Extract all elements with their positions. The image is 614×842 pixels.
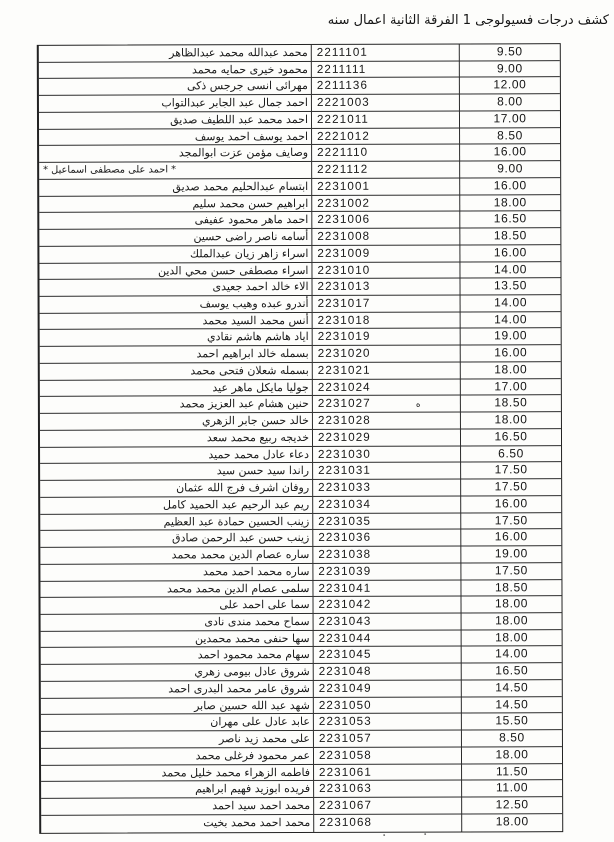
table-row: ابراهيم حسن محمد سليم 2231002 18.00 bbox=[39, 195, 560, 213]
table-row: محمد عبدالله محمد عبدالظاهر 2211101 9.50 bbox=[39, 44, 560, 62]
student-id-number: 2231029 bbox=[318, 431, 371, 444]
table-row: زينب حسن عبد الرحمن صادق 2231036 16.00 bbox=[40, 529, 561, 547]
grade-value: 19.00 bbox=[461, 329, 561, 345]
grade-value: 17.50 bbox=[461, 563, 561, 579]
grade-value: 14.00 bbox=[461, 295, 561, 311]
grade-value: 18.00 bbox=[461, 412, 561, 428]
student-id: 2221003 bbox=[312, 95, 460, 111]
student-id: 2231019 bbox=[313, 329, 461, 345]
student-name: مهرائى انسى جرجس ذكى bbox=[39, 78, 312, 95]
table-row: احمد ماهر محمود عفيفى 2231006 16.50 bbox=[39, 212, 560, 230]
student-id: 2231038 bbox=[313, 547, 461, 563]
id-annotation-mark: ە bbox=[416, 397, 421, 412]
student-id-number: 2221012 bbox=[317, 129, 370, 142]
student-id: 2231041 bbox=[313, 580, 461, 596]
student-name: احمد جمال عبد الجابر عبدالتواب bbox=[39, 95, 312, 112]
student-id: 2231010 bbox=[312, 262, 460, 278]
student-name: سماح محمد مندى نادى bbox=[41, 614, 314, 631]
student-name: عمر محمود فرغلى محمد bbox=[41, 748, 314, 765]
student-name: ساره محمد احمد محمد bbox=[40, 564, 313, 581]
grade-value: 19.00 bbox=[461, 546, 561, 562]
table-row: * احمد على مصطفى اسماعيل * 2221112 9.00 bbox=[39, 161, 560, 179]
student-id: 2231030 bbox=[313, 446, 461, 462]
student-id-number: 2231034 bbox=[318, 498, 371, 511]
student-id-number: 2231019 bbox=[318, 330, 371, 343]
student-name: شروق عادل بيومى زهري bbox=[41, 664, 314, 681]
student-id: 2231017 bbox=[313, 296, 461, 312]
table-row: حنين هشام عبد العزيز محمد 2231027ە 18.50 bbox=[40, 396, 561, 414]
student-id-number: 2231036 bbox=[318, 531, 371, 544]
student-id: 2221110 bbox=[312, 145, 460, 161]
student-id: 2231063 bbox=[314, 781, 462, 797]
student-id-number: 2231017 bbox=[318, 297, 371, 310]
student-id: 2231018 bbox=[313, 312, 461, 328]
table-row: احمد جمال عبد الجابر عبدالتواب 2221003 8… bbox=[39, 94, 560, 112]
student-name: خالد حسن جابر الزهري bbox=[40, 413, 313, 430]
student-id-number: 2221011 bbox=[317, 113, 369, 126]
table-row: سلمى عصام الدين محمد محمد 2231041 18.50 bbox=[40, 580, 561, 598]
student-id-number: 2231038 bbox=[318, 548, 371, 561]
grade-value: 14.50 bbox=[462, 680, 562, 696]
grade-value: 13.50 bbox=[460, 278, 560, 294]
student-id: 2231048 bbox=[314, 664, 462, 680]
grade-value: 14.00 bbox=[461, 312, 561, 328]
student-id-number: 2231013 bbox=[318, 280, 371, 293]
student-name: عابد عادل على مهران bbox=[41, 714, 314, 731]
student-id-number: 2231061 bbox=[319, 765, 372, 778]
student-id-number: 2231058 bbox=[319, 749, 372, 762]
student-name: ريم عبد الرحيم عبد الحميد كامل bbox=[40, 497, 313, 514]
grade-value: 16.00 bbox=[460, 245, 560, 261]
student-id-number: 2231045 bbox=[319, 648, 372, 661]
student-id-number: 2231035 bbox=[318, 514, 371, 527]
grade-value: 11.50 bbox=[462, 764, 562, 780]
table-row: زينب الحسين حمادة عبد العظيم 2231035 17.… bbox=[40, 513, 561, 531]
student-id: 2211111 bbox=[312, 61, 460, 77]
student-name: سها حنفى محمد محمدين bbox=[41, 631, 314, 648]
table-row: عابد عادل على مهران 2231053 15.50 bbox=[41, 714, 562, 732]
student-name: فاطمه الزهراء محمد خليل محمد bbox=[41, 765, 314, 782]
grade-value: 16.00 bbox=[460, 145, 560, 161]
table-row: خالد حسن جابر الزهري 2231028 18.00 bbox=[40, 412, 561, 430]
table-row: فريده ابوزيد فهيم ابراهيم 2231063 11.00 bbox=[41, 780, 562, 798]
grade-value: 6.50 bbox=[461, 446, 561, 462]
student-id-number: 2231028 bbox=[318, 414, 371, 427]
grade-value: 14.00 bbox=[462, 647, 562, 663]
student-id: 2231045 bbox=[314, 647, 462, 663]
student-id: 2231008 bbox=[312, 229, 460, 245]
student-id: 2231024 bbox=[313, 379, 461, 395]
student-name: ابراهيم حسن محمد سليم bbox=[39, 196, 312, 213]
student-id-number: 2231050 bbox=[319, 698, 372, 711]
student-name: روفان اشرف فرج الله عثمان bbox=[40, 480, 313, 497]
student-name: فريده ابوزيد فهيم ابراهيم bbox=[41, 781, 314, 798]
student-name: اسراء مصطفى حسن محي الدين bbox=[39, 263, 312, 280]
table-row: على محمد زيد ناصر 2231057 8.50 bbox=[41, 730, 562, 748]
grade-value: 8.50 bbox=[460, 128, 560, 144]
table-row: خديجه ربيع محمد سعد 2231029 16.50 bbox=[40, 429, 561, 447]
student-id: 2231029 bbox=[313, 429, 461, 445]
table-row: شروق عامر محمد البدرى احمد 2231049 14.50 bbox=[41, 680, 562, 698]
grade-value: 17.50 bbox=[461, 513, 561, 529]
student-name: اسراء زاهر زيان عبدالملك bbox=[39, 246, 312, 263]
student-name: وصايف مؤمن عزت ابوالمجد bbox=[39, 145, 312, 162]
grade-value: 17.00 bbox=[460, 111, 560, 127]
student-name: احمد ماهر محمود عفيفى bbox=[39, 212, 312, 229]
student-id-number: 2211101 bbox=[317, 46, 368, 59]
grade-value: 16.00 bbox=[461, 345, 561, 361]
grade-value: 9.50 bbox=[460, 44, 560, 60]
student-name: زينب الحسين حمادة عبد العظيم bbox=[40, 514, 313, 531]
student-id: 2231042 bbox=[313, 597, 461, 613]
student-id: 2231028 bbox=[313, 413, 461, 429]
student-name: جوليا مايكل ماهر عيد bbox=[40, 380, 313, 397]
student-id-number: 2231067 bbox=[319, 799, 372, 812]
grade-value: 17.50 bbox=[461, 479, 561, 495]
grade-value: 18.50 bbox=[460, 228, 560, 244]
student-name: اياد هاشم هاشم نقادي bbox=[40, 329, 313, 346]
student-name: ساره عصام الدين محمد محمد bbox=[40, 547, 313, 564]
table-row: اسراء زاهر زيان عبدالملك 2231009 16.00 bbox=[39, 245, 560, 263]
grade-value: 16.00 bbox=[461, 529, 561, 545]
student-id-number: 2231008 bbox=[317, 230, 370, 243]
table-row: ابتسام عبدالحليم محمد صديق 2231001 16.00 bbox=[39, 178, 560, 196]
student-name: ابتسام عبدالحليم محمد صديق bbox=[39, 179, 312, 196]
page-bottom-cutoff-mark: ٴ bbox=[383, 836, 386, 842]
table-row: سهام محمد محمود احمد 2231045 14.00 bbox=[41, 647, 562, 665]
student-name: بسمله شعلان فتحى محمد bbox=[40, 363, 313, 380]
grade-value: 18.50 bbox=[461, 580, 561, 596]
table-row: مهرائى انسى جرجس ذكى 2211136 12.00 bbox=[39, 78, 560, 96]
table-row: أنس محمد السيد محمد 2231018 14.00 bbox=[40, 312, 561, 330]
grade-value: 15.50 bbox=[462, 714, 562, 730]
grade-value: 18.00 bbox=[461, 362, 561, 378]
student-id: 2231050 bbox=[314, 697, 462, 713]
student-name: الاء خالد احمد جعيدى bbox=[40, 279, 313, 296]
grade-value: 18.00 bbox=[461, 596, 561, 612]
table-row: محمود خيرى حمايه محمد 2211111 9.00 bbox=[39, 61, 560, 79]
student-name: * احمد على مصطفى اسماعيل * bbox=[39, 162, 312, 179]
student-id: 2231043 bbox=[314, 613, 462, 629]
student-name: شهد عبد الله حسين صابر bbox=[41, 698, 314, 715]
table-row: أندرو عبده وهيب يوسف 2231017 14.00 bbox=[40, 295, 561, 313]
grade-value: 18.00 bbox=[462, 630, 562, 646]
student-id-number: 2231042 bbox=[319, 598, 372, 611]
student-id-number: 2231024 bbox=[318, 380, 371, 393]
table-row: سها حنفى محمد محمدين 2231044 18.00 bbox=[41, 630, 562, 648]
table-row: اياد هاشم هاشم نقادي 2231019 19.00 bbox=[40, 329, 561, 347]
student-name: شروق عامر محمد البدرى احمد bbox=[41, 681, 314, 698]
grade-value: 12.00 bbox=[460, 78, 560, 94]
student-id: 2231001 bbox=[312, 178, 460, 194]
student-id: 2231039 bbox=[313, 563, 461, 579]
student-id: 2231034 bbox=[313, 496, 461, 512]
grade-value: 9.00 bbox=[460, 161, 560, 177]
grades-table-wrapper: محمد عبدالله محمد عبدالظاهر 2211101 9.50… bbox=[37, 43, 563, 833]
student-id: 2211101 bbox=[312, 44, 460, 60]
student-id: 2231057 bbox=[314, 731, 462, 747]
student-id-number: 2231001 bbox=[317, 180, 370, 193]
table-row: روفان اشرف فرج الله عثمان 2231033 17.50 bbox=[40, 479, 561, 497]
student-name: محمد عبدالله محمد عبدالظاهر bbox=[39, 45, 312, 62]
student-name: احمد محمد عبد اللطيف صديق bbox=[39, 112, 312, 129]
table-row: وصايف مؤمن عزت ابوالمجد 2221110 16.00 bbox=[39, 145, 560, 163]
student-id-number: 2231002 bbox=[317, 196, 370, 209]
student-id: 2221011 bbox=[312, 111, 460, 127]
student-id: 2231061 bbox=[314, 764, 462, 780]
student-id: 2231027ە bbox=[313, 396, 461, 412]
student-id-number: 2231043 bbox=[319, 615, 372, 628]
grade-value: 18.50 bbox=[461, 396, 561, 412]
student-id-number: 2231010 bbox=[317, 263, 370, 276]
student-id: 2231020 bbox=[313, 346, 461, 362]
student-name: احمد يوسف احمد يوسف bbox=[39, 129, 312, 146]
student-id-number: 2231044 bbox=[319, 631, 372, 644]
student-id: 2231006 bbox=[312, 212, 460, 228]
student-id: 2231036 bbox=[313, 530, 461, 546]
student-id: 2231044 bbox=[314, 630, 462, 646]
table-row: فاطمه الزهراء محمد خليل محمد 2231061 11.… bbox=[41, 764, 562, 782]
grade-value: 17.00 bbox=[461, 379, 561, 395]
student-id-number: 2231041 bbox=[318, 581, 371, 594]
grade-value: 11.00 bbox=[462, 780, 562, 796]
student-id-number: 2231039 bbox=[318, 565, 371, 578]
student-name: خديجه ربيع محمد سعد bbox=[40, 430, 313, 447]
table-row: محمد احمد سيد احمد 2231067 12.50 bbox=[41, 797, 562, 815]
student-id: 2231053 bbox=[314, 714, 462, 730]
table-row: سماح محمد مندى نادى 2231043 18.00 bbox=[41, 613, 562, 631]
grade-value: 8.50 bbox=[462, 730, 562, 746]
grade-value: 18.00 bbox=[462, 747, 562, 763]
student-id-number: 2231049 bbox=[319, 682, 372, 695]
student-id: 2231002 bbox=[312, 195, 460, 211]
student-id-number: 2231063 bbox=[319, 782, 372, 795]
student-id-number: 2231018 bbox=[318, 314, 371, 327]
student-id: 2231049 bbox=[314, 680, 462, 696]
student-id-number: 2211111 bbox=[317, 63, 366, 76]
student-id: 2231035 bbox=[313, 513, 461, 529]
student-name: أندرو عبده وهيب يوسف bbox=[40, 296, 313, 313]
table-row: ريم عبد الرحيم عبد الحميد كامل 2231034 1… bbox=[40, 496, 561, 514]
student-id-number: 2231009 bbox=[317, 247, 370, 260]
student-id-number: 2231006 bbox=[317, 213, 370, 226]
student-id-number: 2231048 bbox=[319, 665, 372, 678]
student-name: أنس محمد السيد محمد bbox=[40, 313, 313, 330]
grades-table: محمد عبدالله محمد عبدالظاهر 2211101 9.50… bbox=[37, 43, 563, 833]
student-id-number: 2231057 bbox=[319, 732, 372, 745]
table-row: احمد يوسف احمد يوسف 2221012 8.50 bbox=[39, 128, 560, 146]
student-id: 2221112 bbox=[312, 162, 460, 178]
student-name: سلمى عصام الدين محمد محمد bbox=[40, 580, 313, 597]
student-name: دعاء عادل محمد حميد bbox=[40, 447, 313, 464]
student-name: سما على احمد على bbox=[41, 597, 314, 614]
student-name: محمود خيرى حمايه محمد bbox=[39, 62, 312, 79]
student-id-number: 2231027 bbox=[318, 397, 371, 410]
student-name: على محمد زيد ناصر bbox=[41, 731, 314, 748]
table-row: بسمله شعلان فتحى محمد 2231021 18.00 bbox=[40, 362, 561, 380]
student-id-number: 2221110 bbox=[317, 146, 368, 159]
grade-value: 18.00 bbox=[460, 195, 560, 211]
grade-value: 16.00 bbox=[460, 178, 560, 194]
student-name: محمد احمد سيد احمد bbox=[41, 798, 314, 815]
student-name: أسامه ناصر راضى حسين bbox=[39, 229, 312, 246]
student-name: محمد احمد محمد بخيت bbox=[41, 815, 314, 833]
student-id: 2221012 bbox=[312, 128, 460, 144]
student-id: 2231058 bbox=[314, 747, 462, 763]
grade-value: 18.00 bbox=[462, 814, 562, 831]
student-name: زينب حسن عبد الرحمن صادق bbox=[40, 530, 313, 547]
table-row: عمر محمود فرغلى محمد 2231058 18.00 bbox=[41, 747, 562, 765]
student-id: 2231013 bbox=[313, 279, 461, 295]
student-name: بسمله خالد ابراهيم احمد bbox=[40, 346, 313, 363]
table-row: ساره محمد احمد محمد 2231039 17.50 bbox=[40, 563, 561, 581]
table-row: دعاء عادل محمد حميد 2231030 6.50 bbox=[40, 446, 561, 464]
student-id: 2231021 bbox=[313, 362, 461, 378]
grade-value: 14.50 bbox=[462, 697, 562, 713]
table-row: راندا سيد حسن سيد 2231031 17.50 bbox=[40, 463, 561, 481]
table-row: اسراء مصطفى حسن محي الدين 2231010 14.00 bbox=[39, 262, 560, 280]
table-row: محمد احمد محمد بخيت 2231068 18.00 bbox=[41, 814, 562, 832]
grade-value: 16.50 bbox=[460, 212, 560, 228]
student-name: حنين هشام عبد العزيز محمد bbox=[40, 396, 313, 413]
student-id-number: 2221003 bbox=[317, 96, 370, 109]
grade-value: 17.50 bbox=[461, 463, 561, 479]
grade-value: 18.00 bbox=[462, 613, 562, 629]
student-id-number: 2231021 bbox=[318, 364, 371, 377]
student-id-number: 2231030 bbox=[318, 447, 371, 460]
student-id-number: 2231053 bbox=[319, 715, 372, 728]
student-id: 2211136 bbox=[312, 78, 460, 94]
table-row: شروق عادل بيومى زهري 2231048 16.50 bbox=[41, 663, 562, 681]
student-id: 2231068 bbox=[314, 814, 462, 831]
grade-value: 8.00 bbox=[460, 94, 560, 110]
table-row: احمد محمد عبد اللطيف صديق 2221011 17.00 bbox=[39, 111, 560, 129]
grade-value: 16.00 bbox=[461, 496, 561, 512]
grade-value: 14.00 bbox=[460, 262, 560, 278]
table-row: الاء خالد احمد جعيدى 2231013 13.50 bbox=[40, 278, 561, 296]
student-id: 2231009 bbox=[312, 245, 460, 261]
table-row: ساره عصام الدين محمد محمد 2231038 19.00 bbox=[40, 546, 561, 564]
grade-value: 16.50 bbox=[462, 663, 562, 679]
student-id-number: 2221112 bbox=[317, 163, 368, 176]
table-row: أسامه ناصر راضى حسين 2231008 18.50 bbox=[39, 228, 560, 246]
page-bottom-cutoff-mark: ٴ bbox=[424, 835, 427, 842]
page-title: كشف درجات فسيولوجى 1 الفرقة الثانية اعما… bbox=[328, 13, 609, 28]
student-id: 2231033 bbox=[313, 480, 461, 496]
student-id-number: 2211136 bbox=[317, 79, 368, 92]
student-id-number: 2231031 bbox=[318, 464, 371, 477]
student-id-number: 2231068 bbox=[319, 816, 372, 829]
table-row: بسمله خالد ابراهيم احمد 2231020 16.00 bbox=[40, 345, 561, 363]
student-name: سهام محمد محمود احمد bbox=[41, 647, 314, 664]
table-row: سما على احمد على 2231042 18.00 bbox=[41, 596, 562, 614]
student-id: 2231031 bbox=[313, 463, 461, 479]
table-row: شهد عبد الله حسين صابر 2231050 14.50 bbox=[41, 697, 562, 715]
table-row: جوليا مايكل ماهر عيد 2231024 17.00 bbox=[40, 379, 561, 397]
student-id-number: 2231020 bbox=[318, 347, 371, 360]
student-id-number: 2231033 bbox=[318, 481, 371, 494]
grade-value: 16.50 bbox=[461, 429, 561, 445]
student-name: راندا سيد حسن سيد bbox=[40, 463, 313, 480]
student-id: 2231067 bbox=[314, 798, 462, 814]
grade-value: 9.00 bbox=[460, 61, 560, 77]
grade-value: 12.50 bbox=[462, 797, 562, 813]
